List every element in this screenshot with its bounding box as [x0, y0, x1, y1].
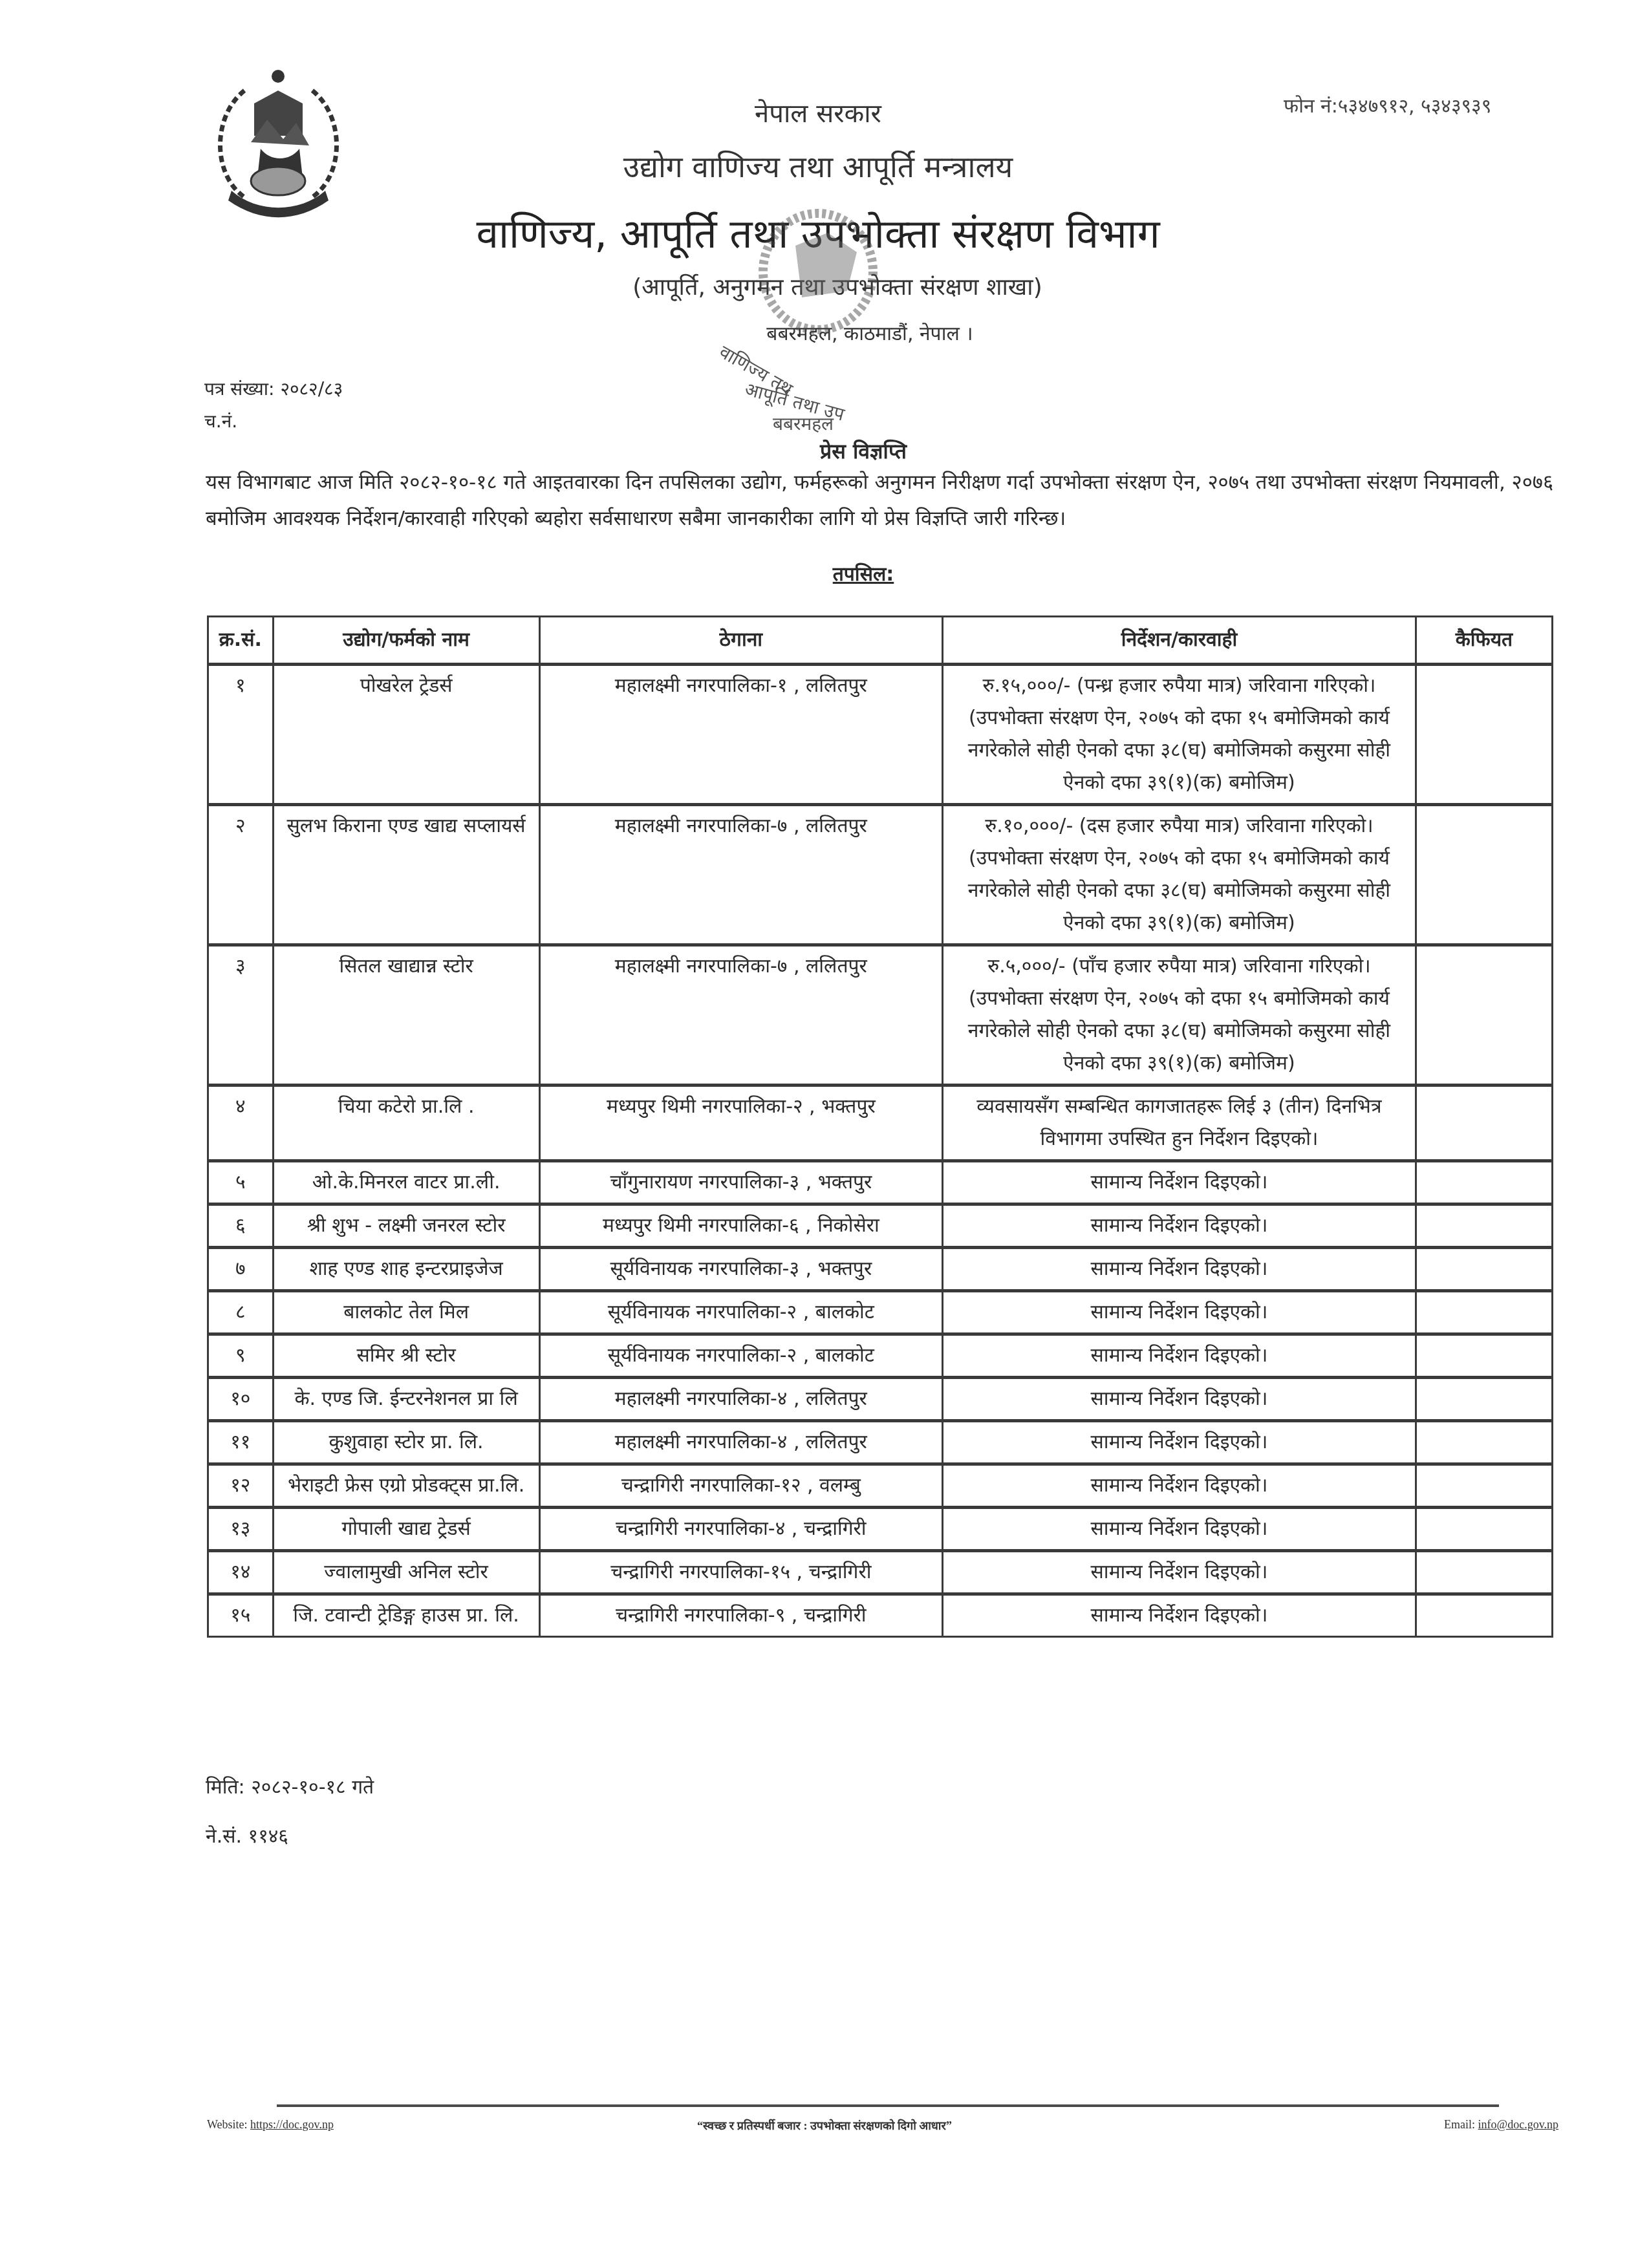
cell-action: रु.१०,०००/- (दस हजार रुपैया मात्र) जरिवा…	[943, 805, 1416, 945]
cell-action: रु.५,०००/- (पाँच हजार रुपैया मात्र) जरिव…	[943, 945, 1416, 1086]
cell-remarks	[1416, 1291, 1552, 1334]
cell-firm-name: ज्वालामुखी अनिल स्टोर	[273, 1551, 539, 1594]
cell-remarks	[1416, 1086, 1552, 1161]
cell-address: सूर्यविनायक नगरपालिका-२ , बालकोट	[539, 1334, 942, 1378]
cell-address: चन्द्रागिरी नगरपालिका-१५ , चन्द्रागिरी	[539, 1551, 942, 1594]
header-address: ठेगाना	[539, 617, 942, 665]
cell-action: सामान्य निर्देशन दिइएको।	[943, 1334, 1416, 1378]
cell-firm-name: सितल खाद्यान्न स्टोर	[273, 945, 539, 1086]
cell-address: महालक्ष्मी नगरपालिका-७ , ललितपुर	[539, 805, 942, 945]
press-release-body: यस विभागबाट आज मिति २०८२-१०-१८ गते आइतवा…	[206, 464, 1557, 537]
cell-serial: १०	[208, 1378, 274, 1421]
cell-firm-name: कुशुवाहा स्टोर प्रा. लि.	[273, 1421, 539, 1464]
cell-firm-name: समिर श्री स्टोर	[273, 1334, 539, 1378]
cell-remarks	[1416, 1551, 1552, 1594]
cell-remarks	[1416, 665, 1552, 805]
nepal-government-emblem-icon	[206, 65, 351, 220]
cell-address: महालक्ष्मी नगरपालिका-७ , ललितपुर	[539, 945, 942, 1086]
cell-serial: ११	[208, 1421, 274, 1464]
cell-address: महालक्ष्मी नगरपालिका-४ , ललितपुर	[539, 1378, 942, 1421]
cell-serial: ५	[208, 1161, 274, 1204]
table-row: १४ज्वालामुखी अनिल स्टोरचन्द्रागिरी नगरपा…	[208, 1551, 1553, 1594]
ministry-name: उद्योग वाणिज्य तथा आपूर्ति मन्त्रालय	[0, 146, 1643, 186]
cell-action: सामान्य निर्देशन दिइएको।	[943, 1291, 1416, 1334]
nepal-sambat-year: ने.सं. ११४६	[206, 1822, 288, 1848]
cell-action: सामान्य निर्देशन दिइएको।	[943, 1464, 1416, 1508]
cell-firm-name: सुलभ किराना एण्ड खाद्य सप्लायर्स	[273, 805, 539, 945]
cell-address: चाँगुनारायण नगरपालिका-३ , भक्तपुर	[539, 1161, 942, 1204]
cell-action: सामान्य निर्देशन दिइएको।	[943, 1594, 1416, 1637]
government-name: नेपाल सरकार	[0, 94, 1643, 130]
cell-serial: १३	[208, 1508, 274, 1551]
cell-remarks	[1416, 1464, 1552, 1508]
cell-firm-name: जि. टवान्टी ट्रेडिङ्ग हाउस प्रा. लि.	[273, 1594, 539, 1637]
footer-divider	[277, 2104, 1499, 2107]
cell-serial: ८	[208, 1291, 274, 1334]
footer-email: Email: info@doc.gov.np	[1444, 2118, 1558, 2132]
table-row: ८बालकोट तेल मिलसूर्यविनायक नगरपालिका-२ ,…	[208, 1291, 1553, 1334]
cell-address: चन्द्रागिरी नगरपालिका-९ , चन्द्रागिरी	[539, 1594, 942, 1637]
table-row: ५ओ.के.मिनरल वाटर प्रा.ली.चाँगुनारायण नगर…	[208, 1161, 1553, 1204]
letter-number: पत्र संख्या: २०८२/८३	[204, 376, 343, 401]
cell-remarks	[1416, 1421, 1552, 1464]
cell-serial: १२	[208, 1464, 274, 1508]
header-remarks: कैफियत	[1416, 617, 1552, 665]
cell-firm-name: चिया कटेरो प्रा.लि .	[273, 1086, 539, 1161]
inspection-table: क्र.सं. उद्योग/फर्मको नाम ठेगाना निर्देश…	[207, 615, 1553, 1638]
table-row: १२भेराइटी फ्रेस एग्रो प्रोडक्ट्स प्रा.लि…	[208, 1464, 1553, 1508]
cell-action: व्यवसायसँग सम्बन्धित कागजातहरू लिई ३ (ती…	[943, 1086, 1416, 1161]
table-row: ४चिया कटेरो प्रा.लि .मध्यपुर थिमी नगरपाल…	[208, 1086, 1553, 1161]
cell-serial: १५	[208, 1594, 274, 1637]
cell-firm-name: ओ.के.मिनरल वाटर प्रा.ली.	[273, 1161, 539, 1204]
cell-serial: ६	[208, 1204, 274, 1248]
cell-remarks	[1416, 1508, 1552, 1551]
table-row: १०के. एण्ड जि. ईन्टरनेशनल प्रा लिमहालक्ष…	[208, 1378, 1553, 1421]
details-heading: तपसिल:	[39, 560, 1649, 586]
table-row: १५जि. टवान्टी ट्रेडिङ्ग हाउस प्रा. लि.चन…	[208, 1594, 1553, 1637]
official-stamp-icon: वाणिज्य तथ आपूर्ति तथा उप बबरमहल	[698, 207, 912, 446]
header-action: निर्देशन/कारवाही	[943, 617, 1416, 665]
table-row: ९समिर श्री स्टोरसूर्यविनायक नगरपालिका-२ …	[208, 1334, 1553, 1378]
cell-firm-name: बालकोट तेल मिल	[273, 1291, 539, 1334]
cell-address: चन्द्रागिरी नगरपालिका-१२ , वलम्बु	[539, 1464, 942, 1508]
cell-remarks	[1416, 1204, 1552, 1248]
table-row: १३गोपाली खाद्य ट्रेडर्सचन्द्रागिरी नगरपा…	[208, 1508, 1553, 1551]
cell-remarks	[1416, 1594, 1552, 1637]
cell-address: मध्यपुर थिमी नगरपालिका-२ , भक्तपुर	[539, 1086, 942, 1161]
cell-remarks	[1416, 1378, 1552, 1421]
cell-action: रु.१५,०००/- (पन्ध्र हजार रुपैया मात्र) ज…	[943, 665, 1416, 805]
dispatch-number: च.नं.	[204, 409, 237, 433]
table-row: ६श्री शुभ - लक्ष्मी जनरल स्टोरमध्यपुर थि…	[208, 1204, 1553, 1248]
cell-serial: ३	[208, 945, 274, 1086]
table-row: १पोखरेल ट्रेडर्समहालक्ष्मी नगरपालिका-१ ,…	[208, 665, 1553, 805]
cell-action: सामान्य निर्देशन दिइएको।	[943, 1508, 1416, 1551]
cell-remarks	[1416, 1334, 1552, 1378]
issue-date: मिति: २०८२-१०-१८ गते	[206, 1773, 374, 1799]
footer-slogan: “स्वच्छ र प्रतिस्पर्धी बजार : उपभोक्ता स…	[0, 2118, 1649, 2134]
cell-action: सामान्य निर्देशन दिइएको।	[943, 1248, 1416, 1291]
table-row: ७शाह एण्ड शाह इन्टरप्राइजेजसूर्यविनायक न…	[208, 1248, 1553, 1291]
cell-action: सामान्य निर्देशन दिइएको।	[943, 1551, 1416, 1594]
cell-serial: २	[208, 805, 274, 945]
cell-action: सामान्य निर्देशन दिइएको।	[943, 1378, 1416, 1421]
table-row: ११कुशुवाहा स्टोर प्रा. लि.महालक्ष्मी नगर…	[208, 1421, 1553, 1464]
cell-address: चन्द्रागिरी नगरपालिका-४ , चन्द्रागिरी	[539, 1508, 942, 1551]
cell-firm-name: भेराइटी फ्रेस एग्रो प्रोडक्ट्स प्रा.लि.	[273, 1464, 539, 1508]
cell-address: सूर्यविनायक नगरपालिका-२ , बालकोट	[539, 1291, 942, 1334]
cell-firm-name: पोखरेल ट्रेडर्स	[273, 665, 539, 805]
cell-serial: ७	[208, 1248, 274, 1291]
cell-serial: १	[208, 665, 274, 805]
table-header-row: क्र.सं. उद्योग/फर्मको नाम ठेगाना निर्देश…	[208, 617, 1553, 665]
cell-remarks	[1416, 945, 1552, 1086]
cell-action: सामान्य निर्देशन दिइएको।	[943, 1204, 1416, 1248]
email-label: Email:	[1444, 2118, 1475, 2131]
cell-remarks	[1416, 1161, 1552, 1204]
press-release-title: प्रेस विज्ञप्ति	[39, 437, 1649, 465]
cell-action: सामान्य निर्देशन दिइएको।	[943, 1161, 1416, 1204]
table-row: ३सितल खाद्यान्न स्टोरमहालक्ष्मी नगरपालिक…	[208, 945, 1553, 1086]
cell-firm-name: गोपाली खाद्य ट्रेडर्स	[273, 1508, 539, 1551]
cell-address: महालक्ष्मी नगरपालिका-४ , ललितपुर	[539, 1421, 942, 1464]
cell-action: सामान्य निर्देशन दिइएको।	[943, 1421, 1416, 1464]
cell-firm-name: श्री शुभ - लक्ष्मी जनरल स्टोर	[273, 1204, 539, 1248]
cell-serial: १४	[208, 1551, 274, 1594]
header-serial: क्र.सं.	[208, 617, 274, 665]
cell-serial: ९	[208, 1334, 274, 1378]
cell-address: सूर्यविनायक नगरपालिका-३ , भक्तपुर	[539, 1248, 942, 1291]
cell-address: महालक्ष्मी नगरपालिका-१ , ललितपुर	[539, 665, 942, 805]
cell-serial: ४	[208, 1086, 274, 1161]
svg-text:बबरमहल: बबरमहल	[773, 413, 834, 434]
header-firm-name: उद्योग/फर्मको नाम	[273, 617, 539, 665]
cell-address: मध्यपुर थिमी नगरपालिका-६ , निकोसेरा	[539, 1204, 942, 1248]
table-row: २सुलभ किराना एण्ड खाद्य सप्लायर्समहालक्ष…	[208, 805, 1553, 945]
cell-firm-name: के. एण्ड जि. ईन्टरनेशनल प्रा लि	[273, 1378, 539, 1421]
cell-remarks	[1416, 805, 1552, 945]
cell-remarks	[1416, 1248, 1552, 1291]
email-link[interactable]: info@doc.gov.np	[1478, 2118, 1558, 2131]
cell-firm-name: शाह एण्ड शाह इन्टरप्राइजेज	[273, 1248, 539, 1291]
